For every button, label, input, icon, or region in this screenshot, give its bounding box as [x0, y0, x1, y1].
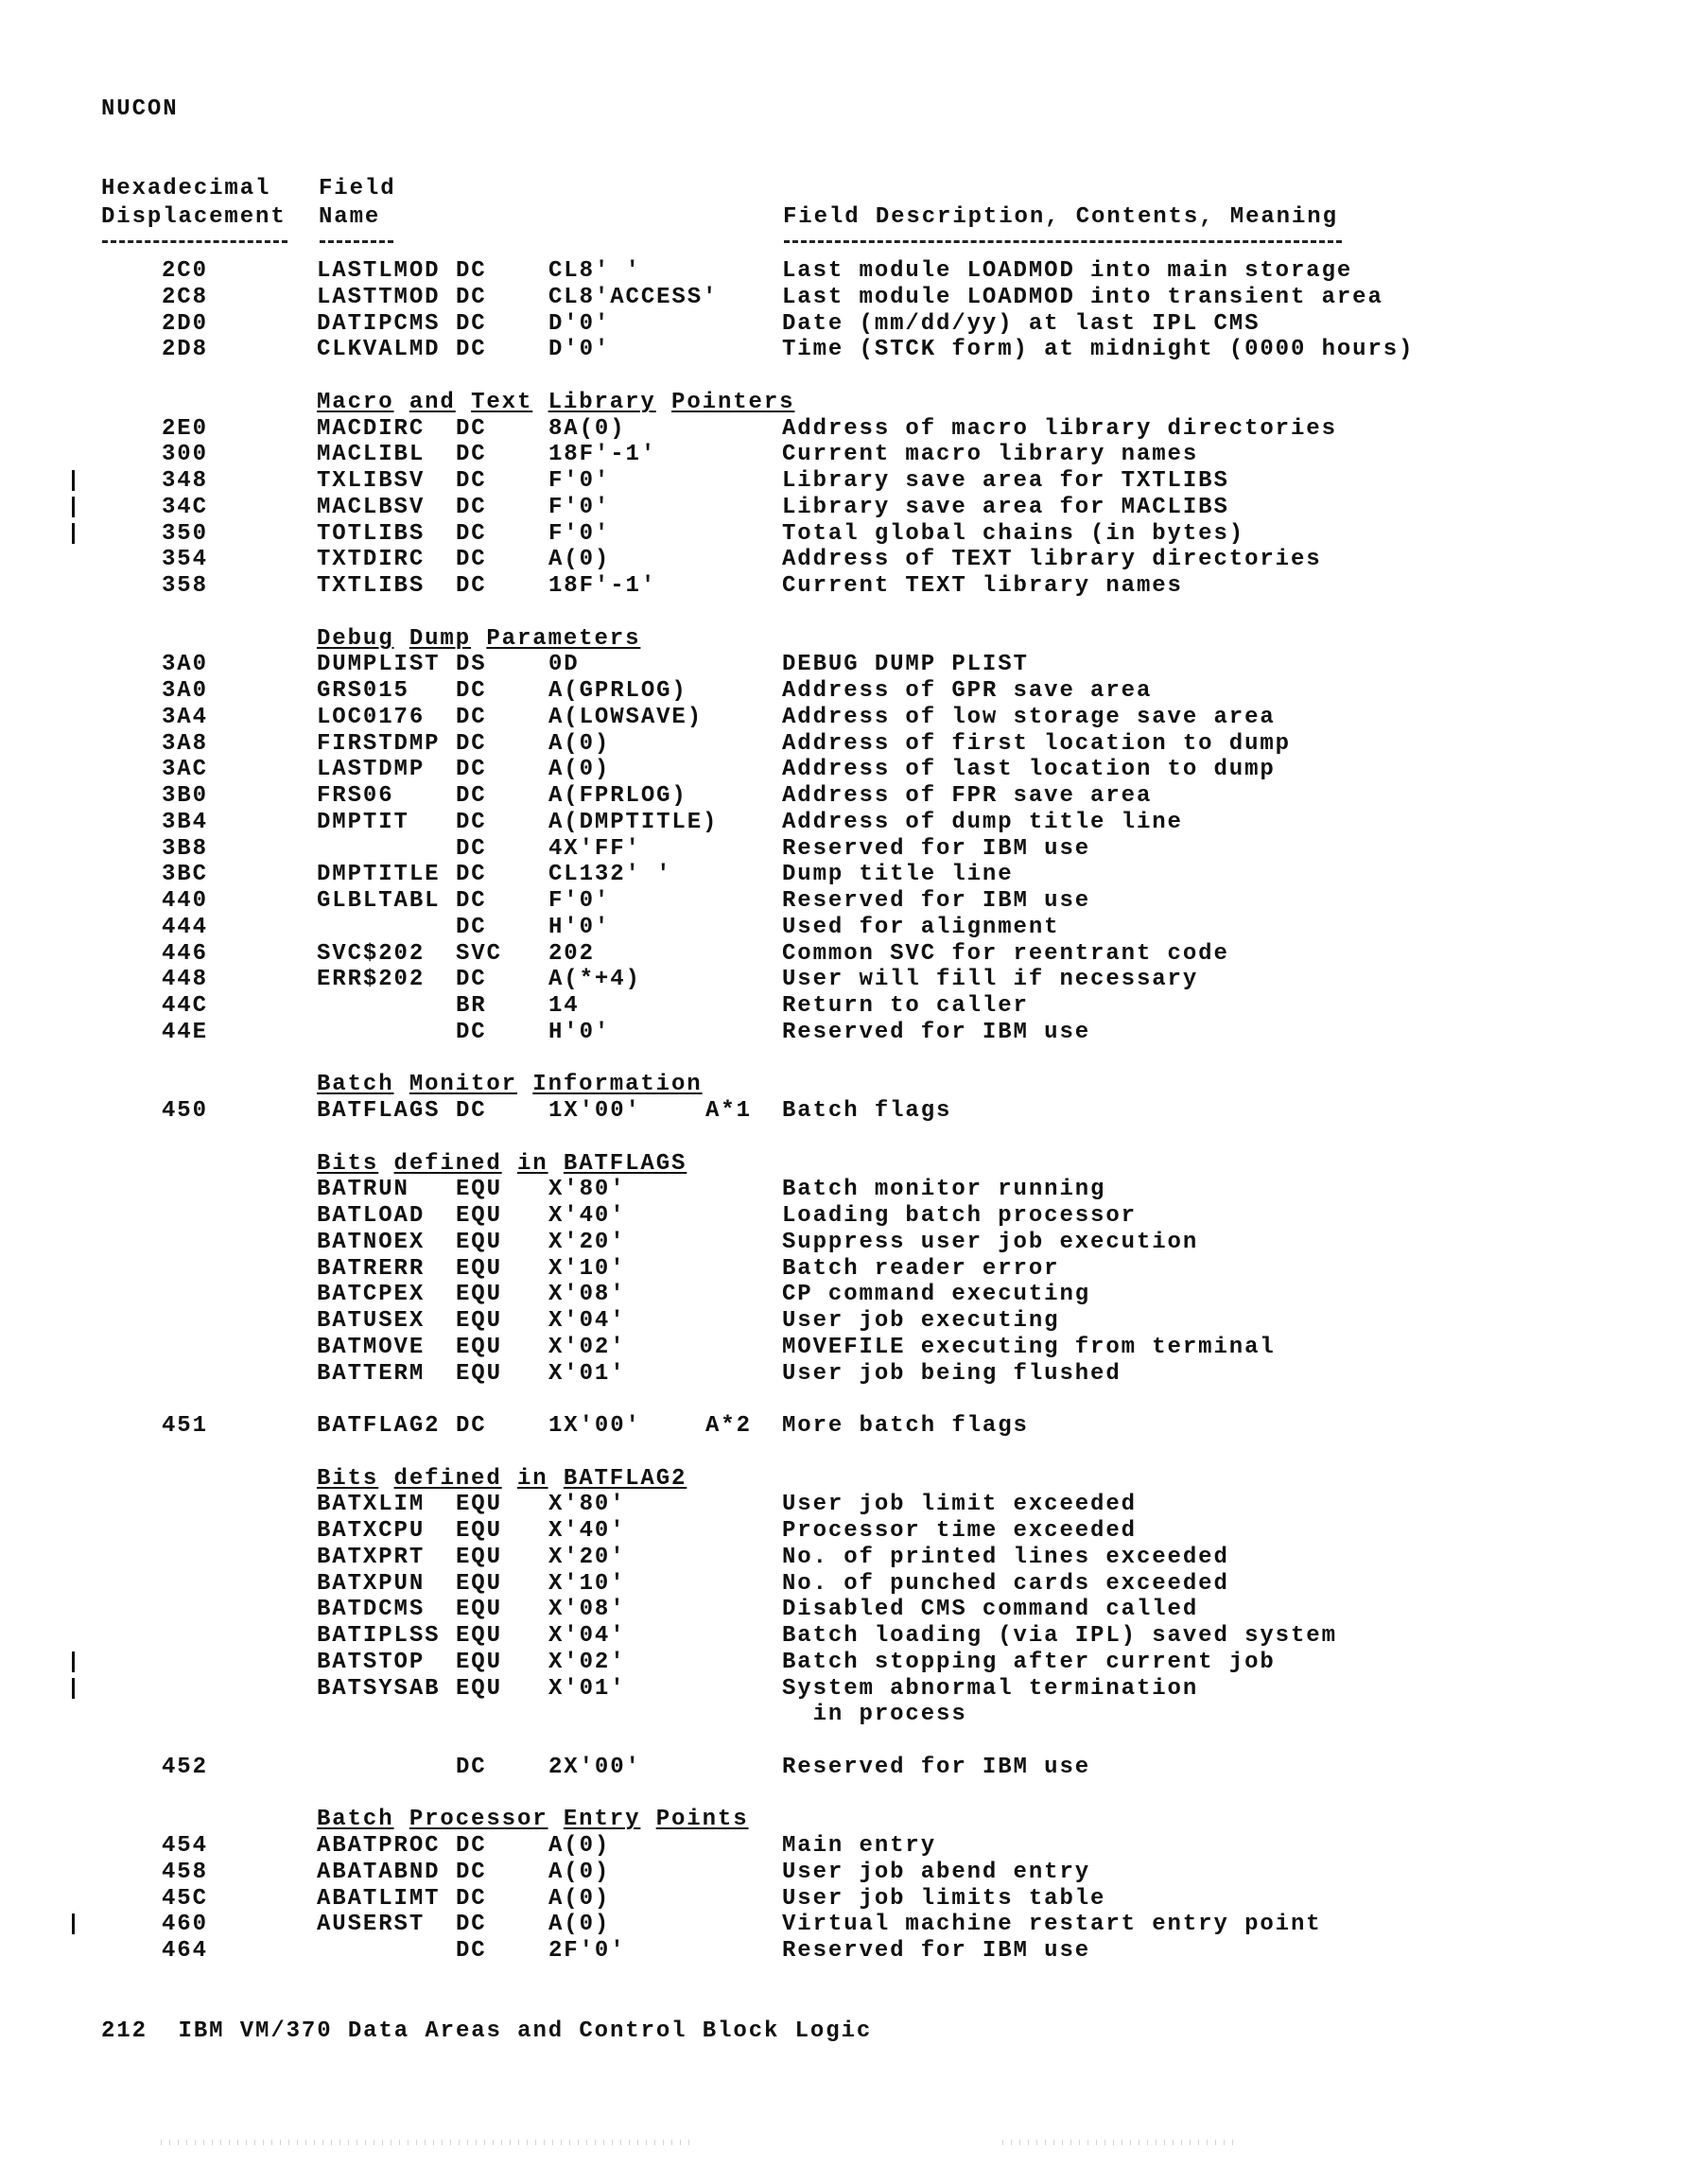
field-name: BATFLAG2 [317, 1415, 440, 1438]
field-description: Last module LOADMOD into transient area [782, 287, 1383, 309]
operand: X'40' [548, 1520, 626, 1543]
field-description: Address of TEXT library directories [782, 549, 1322, 571]
heading-word: Information [532, 1072, 702, 1097]
column-header-hex-1: Hexadecimal [101, 178, 270, 201]
operand: A(0) [548, 759, 610, 781]
op-code: DC [456, 1756, 487, 1779]
operand: X'01' [548, 1363, 626, 1386]
heading-word: Bits [317, 1466, 378, 1492]
field-description: User job being flushed [782, 1363, 1122, 1386]
operand: 4X'FF' [548, 838, 641, 861]
scan-artifact [1002, 2140, 1239, 2145]
revision-bar [72, 470, 75, 491]
hex-displacement: 440 [162, 890, 208, 913]
field-description: Time (STCK form) at midnight (0000 hours… [782, 339, 1414, 361]
op-code: EQU [456, 1651, 502, 1674]
field-description: Reserved for IBM use [782, 890, 1090, 913]
operand: A(0) [548, 549, 610, 571]
operand: X'10' [548, 1573, 626, 1596]
operand: X'20' [548, 1546, 626, 1569]
field-description: User job abend entry [782, 1861, 1090, 1884]
field-description: Suppress user job execution [782, 1232, 1198, 1254]
op-code: DC [456, 1940, 487, 1963]
field-name: GRS015 [317, 680, 409, 703]
heading-word: Pointers [671, 390, 794, 415]
operand: CL8' ' [548, 260, 641, 283]
operand: D'0' [548, 339, 610, 361]
field-name: BATSYSAB [317, 1678, 440, 1701]
field-name: BATRERR [317, 1258, 425, 1281]
field-name: FIRSTDMP [317, 733, 440, 756]
operand: X'04' [548, 1625, 626, 1648]
hex-displacement: 2C0 [162, 260, 208, 283]
heading-word: Debug [317, 626, 394, 652]
operand: X'02' [548, 1337, 626, 1359]
field-name: BATXCPU [317, 1520, 425, 1543]
field-name: BATXLIM [317, 1494, 425, 1516]
field-description: Common SVC for reentrant code [782, 943, 1229, 966]
op-code: DC [456, 1888, 487, 1911]
heading-word: BATFLAG2 [564, 1466, 687, 1492]
field-description: Reserved for IBM use [782, 1756, 1090, 1779]
field-name: DMPTIT [317, 812, 409, 834]
hex-displacement: 354 [162, 549, 208, 571]
field-name: MACLIBL [317, 444, 425, 466]
op-code: DC [456, 313, 487, 336]
column-header-hex-2: Displacement [101, 206, 287, 229]
field-description: Last module LOADMOD into main storage [782, 260, 1352, 283]
op-code: DC [456, 549, 487, 571]
heading-word: BATFLAGS [564, 1151, 687, 1177]
operand: D'0' [548, 313, 610, 336]
field-description: Reserved for IBM use [782, 1022, 1090, 1044]
field-name: MACDIRC [317, 418, 425, 441]
field-description: Batch monitor running [782, 1179, 1105, 1201]
column-header-description: Field Description, Contents, Meaning [783, 206, 1338, 229]
field-description: Used for alignment [782, 917, 1059, 939]
hex-displacement: 3A0 [162, 654, 208, 676]
field-name: BATXPUN [317, 1573, 425, 1596]
field-name: ABATPROC [317, 1835, 440, 1858]
hex-displacement: 454 [162, 1835, 208, 1858]
field-name: BATMOVE [317, 1337, 425, 1359]
hex-displacement: 446 [162, 943, 208, 966]
field-name: AUSERST [317, 1913, 425, 1936]
op-code: EQU [456, 1284, 502, 1306]
operand: 14 [548, 995, 580, 1018]
operand: A(GPRLOG) [548, 680, 687, 703]
op-code: EQU [456, 1179, 502, 1201]
operand: 1X'00' [548, 1415, 641, 1438]
operand: 8A(0) [548, 418, 626, 441]
section-heading: Bits defined in BATFLAG2 [317, 1468, 687, 1491]
running-head: NUCON [101, 98, 179, 121]
op-code: EQU [456, 1205, 502, 1228]
heading-word: defined [394, 1466, 502, 1492]
operand: A(LOWSAVE) [548, 707, 703, 729]
hex-displacement: 2D8 [162, 339, 208, 361]
revision-bar [72, 1913, 75, 1934]
field-name: FRS06 [317, 785, 394, 808]
field-description: Virtual machine restart entry point [782, 1913, 1322, 1936]
hex-displacement: 458 [162, 1861, 208, 1884]
operand: F'0' [548, 497, 610, 519]
field-description: Batch reader error [782, 1258, 1059, 1281]
operand: X'08' [548, 1284, 626, 1306]
field-description: Main entry [782, 1835, 936, 1858]
field-description: Loading batch processor [782, 1205, 1137, 1228]
op-code: DC [456, 812, 487, 834]
op-code: DC [456, 339, 487, 361]
op-code: DC [456, 444, 487, 466]
op-code: BR [456, 995, 487, 1018]
hex-displacement: 450 [162, 1100, 208, 1123]
hex-displacement: 358 [162, 575, 208, 598]
heading-word: Batch [317, 1807, 394, 1832]
hex-displacement: 348 [162, 470, 208, 493]
heading-word: Macro [317, 390, 394, 415]
op-code: EQU [456, 1310, 502, 1333]
field-name: BATIPLSS [317, 1625, 440, 1648]
hex-displacement: 2E0 [162, 418, 208, 441]
operand: F'0' [548, 890, 610, 913]
field-name: LASTDMP [317, 759, 425, 781]
operand: A(DMPTITLE) [548, 812, 718, 834]
field-description: No. of punched cards exceeded [782, 1573, 1229, 1596]
field-name: SVC$202 [317, 943, 425, 966]
header-rule-hex [102, 240, 287, 243]
hex-displacement: 452 [162, 1756, 208, 1779]
operand: 18F'-1' [548, 444, 656, 466]
hex-displacement: 460 [162, 1913, 208, 1936]
op-code: DC [456, 470, 487, 493]
field-description: System abnormal termination [782, 1678, 1198, 1701]
alignment-note: A*2 [705, 1415, 752, 1438]
revision-bar [72, 1678, 75, 1699]
field-description: Address of macro library directories [782, 418, 1337, 441]
heading-word: Parameters [486, 626, 640, 652]
op-code: EQU [456, 1363, 502, 1386]
field-description: Dump title line [782, 864, 1014, 886]
field-name: BATNOEX [317, 1232, 425, 1254]
hex-displacement: 300 [162, 444, 208, 466]
field-name: LOC0176 [317, 707, 425, 729]
field-description: in process [782, 1704, 967, 1726]
field-description: Date (mm/dd/yy) at last IPL CMS [782, 313, 1260, 336]
field-description: Address of low storage save area [782, 707, 1276, 729]
heading-word: Entry [564, 1807, 641, 1832]
field-name: TXTLIBS [317, 575, 425, 598]
field-name: ABATLIMT [317, 1888, 440, 1911]
field-description: Processor time exceeded [782, 1520, 1137, 1543]
op-code: EQU [456, 1494, 502, 1516]
hex-displacement: 3A0 [162, 680, 208, 703]
operand: CL132' ' [548, 864, 671, 886]
operand: X'80' [548, 1179, 626, 1201]
field-description: Address of last location to dump [782, 759, 1276, 781]
operand: X'20' [548, 1232, 626, 1254]
op-code: DC [456, 1913, 487, 1936]
column-header-name-2: Name [319, 206, 380, 229]
op-code: EQU [456, 1258, 502, 1281]
operand: CL8'ACCESS' [548, 287, 718, 309]
hex-displacement: 2C8 [162, 287, 208, 309]
hex-displacement: 3A8 [162, 733, 208, 756]
op-code: DC [456, 890, 487, 913]
field-description: More batch flags [782, 1415, 1029, 1438]
field-description: Address of GPR save area [782, 680, 1152, 703]
hex-displacement: 45C [162, 1888, 208, 1911]
revision-bar [72, 497, 75, 517]
hex-displacement: 3BC [162, 864, 208, 886]
field-name: GLBLTABL [317, 890, 440, 913]
op-code: EQU [456, 1678, 502, 1701]
field-description: User will fill if necessary [782, 969, 1198, 991]
op-code: DC [456, 418, 487, 441]
op-code: DC [456, 707, 487, 729]
section-heading: Batch Processor Entry Points [317, 1808, 749, 1831]
field-name: BATRUN [317, 1179, 409, 1201]
field-description: Address of dump title line [782, 812, 1183, 834]
operand: X'08' [548, 1599, 626, 1621]
operand: 202 [548, 943, 595, 966]
revision-bar [72, 1651, 75, 1672]
section-heading: Batch Monitor Information [317, 1074, 703, 1096]
heading-word: Monitor [409, 1072, 517, 1097]
op-code: DC [456, 287, 487, 309]
field-description: Total global chains (in bytes) [782, 523, 1244, 546]
heading-word: Dump [409, 626, 471, 652]
operand: A(0) [548, 1861, 610, 1884]
revision-bar [72, 523, 75, 544]
hex-displacement: 444 [162, 917, 208, 939]
operand: 1X'00' [548, 1100, 641, 1123]
hex-displacement: 3A4 [162, 707, 208, 729]
field-name: MACLBSV [317, 497, 425, 519]
field-description: Return to caller [782, 995, 1029, 1018]
field-description: CP command executing [782, 1284, 1090, 1306]
operand: A(FPRLOG) [548, 785, 687, 808]
field-name: DATIPCMS [317, 313, 440, 336]
operand: A(0) [548, 1913, 610, 1936]
op-code: DC [456, 785, 487, 808]
hex-displacement: 350 [162, 523, 208, 546]
heading-word: Processor [409, 1807, 548, 1832]
heading-word: Bits [317, 1151, 378, 1177]
op-code: DC [456, 1415, 487, 1438]
field-name: BATTERM [317, 1363, 425, 1386]
field-name: TXTDIRC [317, 549, 425, 571]
scan-artifact [161, 2140, 690, 2145]
section-heading: Macro and Text Library Pointers [317, 392, 794, 414]
hex-displacement: 44E [162, 1022, 208, 1044]
header-rule-name [320, 240, 393, 243]
hex-displacement: 451 [162, 1415, 208, 1438]
field-name: LASTTMOD [317, 287, 440, 309]
header-rule-description [784, 240, 1342, 243]
operand: A(0) [548, 1835, 610, 1858]
field-name: TXLIBSV [317, 470, 425, 493]
heading-word: Text [471, 390, 532, 415]
op-code: DC [456, 575, 487, 598]
heading-word: in [517, 1151, 548, 1177]
operand: X'10' [548, 1258, 626, 1281]
hex-displacement: 3B8 [162, 838, 208, 861]
op-code: DC [456, 260, 487, 283]
operand: X'02' [548, 1651, 626, 1674]
operand: 2F'0' [548, 1940, 626, 1963]
op-code: DC [456, 969, 487, 991]
heading-word: Batch [317, 1072, 394, 1097]
field-name: DMPTITLE [317, 864, 440, 886]
heading-word: defined [394, 1151, 502, 1177]
op-code: EQU [456, 1520, 502, 1543]
hex-displacement: 3B0 [162, 785, 208, 808]
operand: X'40' [548, 1205, 626, 1228]
alignment-note: A*1 [705, 1100, 752, 1123]
field-name: BATCPEX [317, 1284, 425, 1306]
field-description: Reserved for IBM use [782, 838, 1090, 861]
field-name: BATUSEX [317, 1310, 425, 1333]
op-code: DC [456, 759, 487, 781]
column-header-name-1: Field [319, 178, 396, 201]
field-name: ERR$202 [317, 969, 425, 991]
op-code: DC [456, 1022, 487, 1044]
field-name: ABATABND [317, 1861, 440, 1884]
field-description: Address of first location to dump [782, 733, 1291, 756]
field-description: Current TEXT library names [782, 575, 1183, 598]
field-description: Batch stopping after current job [782, 1651, 1276, 1674]
op-code: DC [456, 1861, 487, 1884]
field-description: User job executing [782, 1310, 1059, 1333]
section-heading: Debug Dump Parameters [317, 628, 640, 651]
field-name: BATDCMS [317, 1599, 425, 1621]
hex-displacement: 34C [162, 497, 208, 519]
field-description: Library save area for TXTLIBS [782, 470, 1229, 493]
field-name: TOTLIBS [317, 523, 425, 546]
operand: F'0' [548, 523, 610, 546]
hex-displacement: 3B4 [162, 812, 208, 834]
op-code: EQU [456, 1232, 502, 1254]
operand: 18F'-1' [548, 575, 656, 598]
field-name: BATLOAD [317, 1205, 425, 1228]
heading-word: in [517, 1466, 548, 1492]
field-description: Reserved for IBM use [782, 1940, 1090, 1963]
field-name: LASTLMOD [317, 260, 440, 283]
field-name: BATXPRT [317, 1546, 425, 1569]
field-name: BATFLAGS [317, 1100, 440, 1123]
op-code: DS [456, 654, 487, 676]
field-description: Batch loading (via IPL) saved system [782, 1625, 1337, 1648]
hex-displacement: 3AC [162, 759, 208, 781]
field-description: Address of FPR save area [782, 785, 1152, 808]
section-heading: Bits defined in BATFLAGS [317, 1153, 687, 1176]
hex-displacement: 464 [162, 1940, 208, 1963]
hex-displacement: 44C [162, 995, 208, 1018]
operand: F'0' [548, 470, 610, 493]
page-footer: 212 IBM VM/370 Data Areas and Control Bl… [101, 2020, 872, 2043]
hex-displacement: 448 [162, 969, 208, 991]
op-code: EQU [456, 1599, 502, 1621]
op-code: DC [456, 917, 487, 939]
heading-word: and [409, 390, 456, 415]
operand: A(0) [548, 1888, 610, 1911]
op-code: EQU [456, 1573, 502, 1596]
operand: 2X'00' [548, 1756, 641, 1779]
field-description: No. of printed lines exceeded [782, 1546, 1229, 1569]
field-name: DUMPLIST [317, 654, 440, 676]
field-description: MOVEFILE executing from terminal [782, 1337, 1276, 1359]
field-description: User job limit exceeded [782, 1494, 1137, 1516]
op-code: DC [456, 1835, 487, 1858]
operand: A(0) [548, 733, 610, 756]
op-code: EQU [456, 1337, 502, 1359]
field-description: Disabled CMS command called [782, 1599, 1198, 1621]
operand: X'80' [548, 1494, 626, 1516]
op-code: DC [456, 838, 487, 861]
field-description: Current macro library names [782, 444, 1198, 466]
operand: 0D [548, 654, 580, 676]
field-description: Library save area for MACLIBS [782, 497, 1229, 519]
op-code: DC [456, 864, 487, 886]
operand: H'0' [548, 1022, 610, 1044]
op-code: DC [456, 733, 487, 756]
op-code: DC [456, 680, 487, 703]
op-code: DC [456, 497, 487, 519]
heading-word: Library [548, 390, 656, 415]
heading-word: Points [656, 1807, 749, 1832]
field-description: Batch flags [782, 1100, 951, 1123]
field-name: BATSTOP [317, 1651, 425, 1674]
field-description: User job limits table [782, 1888, 1105, 1911]
op-code: DC [456, 1100, 487, 1123]
op-code: SVC [456, 943, 502, 966]
operand: X'04' [548, 1310, 626, 1333]
op-code: EQU [456, 1546, 502, 1569]
field-name: CLKVALMD [317, 339, 440, 361]
field-description: DEBUG DUMP PLIST [782, 654, 1029, 676]
hex-displacement: 2D0 [162, 313, 208, 336]
operand: A(*+4) [548, 969, 641, 991]
operand: H'0' [548, 917, 610, 939]
op-code: DC [456, 523, 487, 546]
operand: X'01' [548, 1678, 626, 1701]
op-code: EQU [456, 1625, 502, 1648]
